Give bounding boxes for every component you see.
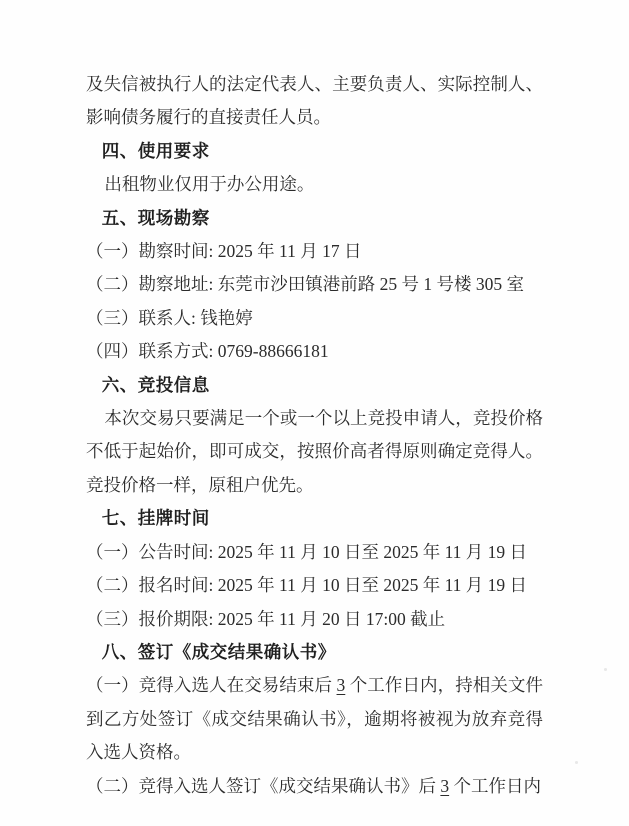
doc-heading-section-5: 五、现场勘察 bbox=[86, 202, 543, 235]
doc-item-announce-time: （一）公告时间: 2025 年 11 月 10 日至 2025 年 11 月 1… bbox=[86, 536, 543, 569]
doc-item-survey-address: （二）勘察地址: 东莞市沙田镇港前路 25 号 1 号楼 305 室 bbox=[86, 268, 543, 301]
text-run: （一）竞得入选人在交易结束后 bbox=[86, 675, 337, 695]
doc-paragraph-usage: 出租物业仅用于办公用途。 bbox=[86, 168, 543, 201]
doc-item-contact-phone: （四）联系方式: 0769-88666181 bbox=[86, 335, 543, 368]
scan-speck bbox=[575, 761, 578, 764]
document-page-wrap: 及失信被执行人的法定代表人、主要负责人、实际控制人、影响债务履行的直接责任人员。… bbox=[0, 0, 629, 826]
underlined-number: 3 bbox=[440, 776, 449, 796]
doc-item-signup-time: （二）报名时间: 2025 年 11 月 10 日至 2025 年 11 月 1… bbox=[86, 569, 543, 602]
text-run: 个工作日内 bbox=[449, 776, 541, 796]
underlined-number: 3 bbox=[337, 675, 346, 695]
doc-paragraph-confirm-1: （一）竞得入选人在交易结束后 3 个工作日内，持相关文件到乙方处签订《成交结果确… bbox=[86, 669, 543, 769]
doc-item-quote-deadline: （三）报价期限: 2025 年 11 月 20 日 17:00 截止 bbox=[86, 603, 543, 636]
scanned-document-page: 及失信被执行人的法定代表人、主要负责人、实际控制人、影响债务履行的直接责任人员。… bbox=[0, 0, 629, 826]
doc-item-contact-person: （三）联系人: 钱艳婷 bbox=[86, 302, 543, 335]
doc-paragraph-confirm-2: （二）竞得入选人签订《成交结果确认书》后 3 个工作日内 bbox=[86, 770, 543, 803]
doc-heading-section-6: 六、竞投信息 bbox=[86, 369, 543, 402]
doc-heading-section-4: 四、使用要求 bbox=[86, 135, 543, 168]
doc-paragraph-bidding-info: 本次交易只要满足一个或一个以上竞投申请人，竞投价格不低于起始价，即可成交，按照价… bbox=[86, 402, 543, 502]
text-run: （二）竞得入选人签订《成交结果确认书》后 bbox=[86, 776, 440, 796]
doc-paragraph-continuation: 及失信被执行人的法定代表人、主要负责人、实际控制人、影响债务履行的直接责任人员。 bbox=[86, 68, 543, 135]
doc-item-survey-time: （一）勘察时间: 2025 年 11 月 17 日 bbox=[86, 235, 543, 268]
scan-speck bbox=[604, 668, 607, 671]
doc-heading-section-8: 八、签订《成交结果确认书》 bbox=[86, 636, 543, 669]
doc-heading-section-7: 七、挂牌时间 bbox=[86, 502, 543, 535]
